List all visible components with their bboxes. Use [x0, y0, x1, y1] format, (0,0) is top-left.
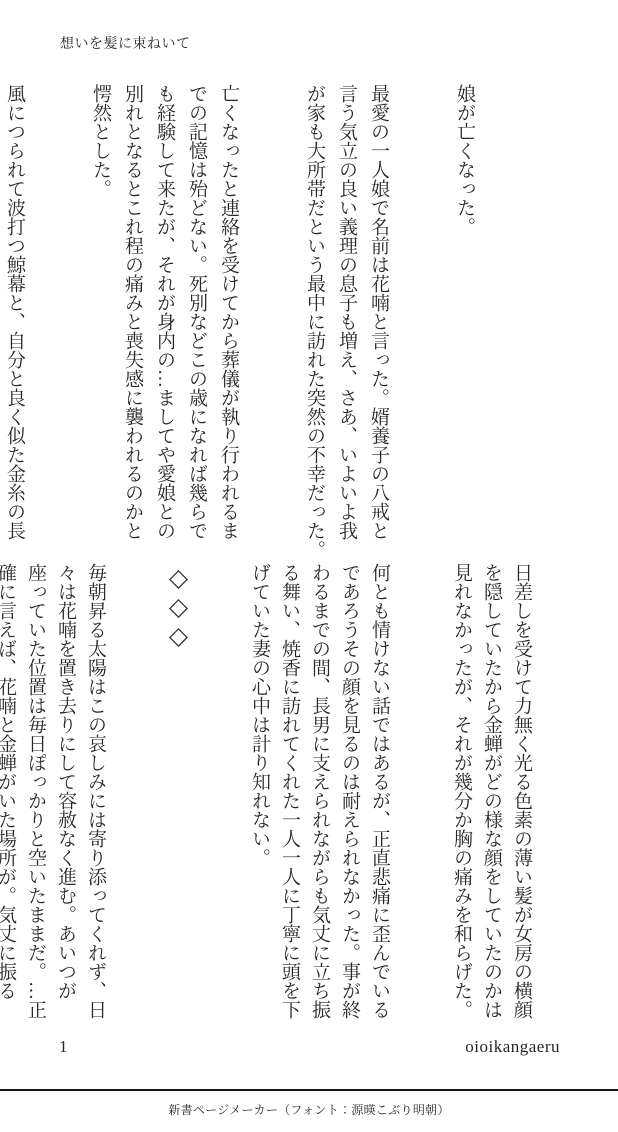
lower-text-block: 日差しを受けて力無く光る色素の薄い髪が女房の横顔 を隠していたから金蝉がどの様な…: [0, 563, 558, 1019]
header-title: 想いを髪に束ねいて: [60, 33, 191, 53]
page-number: 1: [59, 1037, 68, 1057]
book-page: 想いを髪に束ねいて 娘が亡くなった。 最愛の一人娘で名前は花喃と言った。婿養子の…: [0, 0, 618, 1132]
upper-text-block: 娘が亡くなった。 最愛の一人娘で名前は花喃と言った。婿養子の八戒と 言う気立の良…: [0, 84, 502, 559]
author-credit: oioikangaeru: [465, 1037, 560, 1057]
app-caption: 新書ページメーカー（フォント：源暎こぶり明朝）: [0, 1101, 618, 1118]
paragraph: 日差しを受けて力無く光る色素の薄い髪が女房の横顔 を隠していたから金蝉がどの様な…: [446, 563, 536, 1019]
paragraph: 娘が亡くなった。: [448, 84, 480, 559]
paragraph: 風につられて波打つ鯨幕と、自分と良く似た金糸の長 い髪が力なく揺れていた事だけが…: [0, 84, 30, 559]
paragraph: 亡くなったと連絡を受けてから葬儀が執り行われるま での記憶は殆どない。死別などこ…: [84, 84, 244, 559]
section-separator: ◇◇◇: [162, 563, 192, 1019]
footer-row: 1 oioikangaeru: [59, 1037, 560, 1057]
footer-rule: [0, 1089, 618, 1091]
paragraph: 毎朝昇る太陽はこの哀しみには寄り添ってくれず、日 々は花喃を置き去りにして容赦な…: [0, 563, 110, 1019]
paragraph: 最愛の一人娘で名前は花喃と言った。婿養子の八戒と 言う気立の良い義理の息子も増え…: [298, 84, 394, 559]
paragraph: 何とも情けない話ではあるが、正直悲痛に歪んでいる であろうその顔を見るのは耐えら…: [244, 563, 394, 1019]
